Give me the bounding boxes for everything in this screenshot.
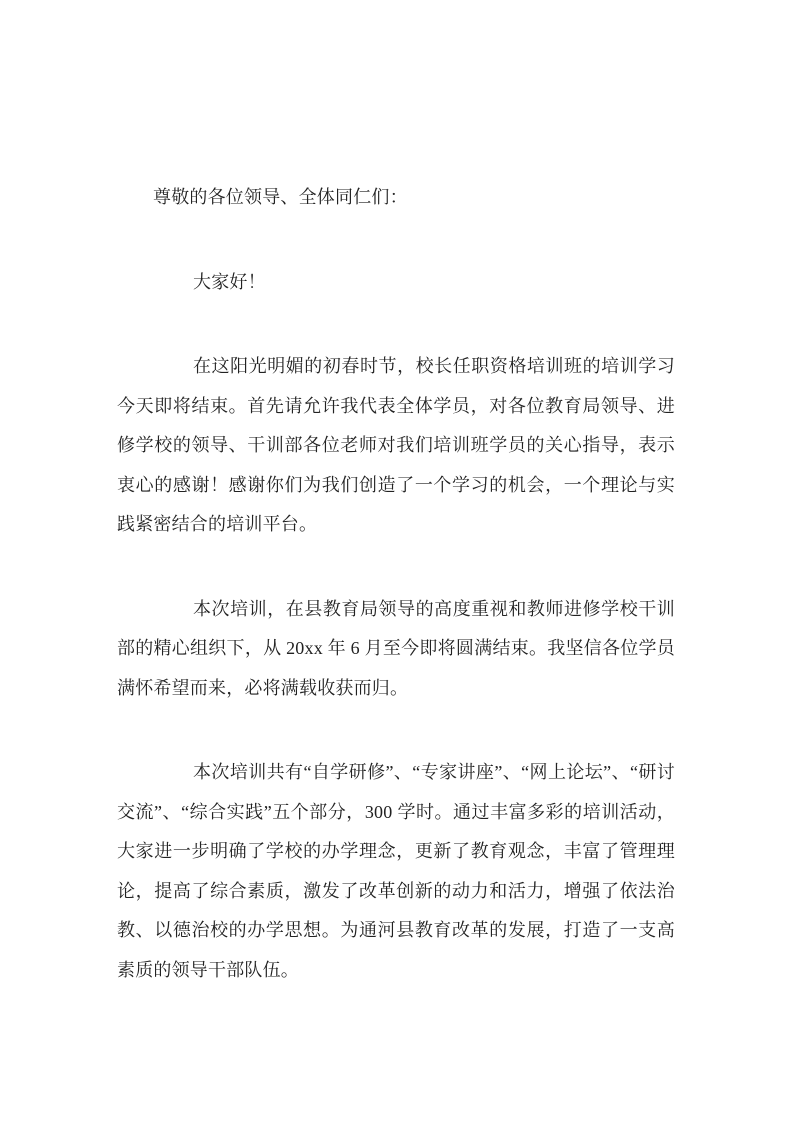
salutation-line: 尊敬的各位领导、全体同仁们：: [117, 178, 675, 218]
document-page: 尊敬的各位领导、全体同仁们： 大家好！ 在这阳光明媚的初春时节，校长任职资格培训…: [0, 0, 793, 1122]
paragraph-training-content: 本次培训共有“自学研修”、“专家讲座”、“网上论坛”、“研讨交流”、“综合实践”…: [117, 753, 675, 990]
greeting-line: 大家好！: [117, 263, 675, 303]
paragraph-training-overview: 本次培训，在县教育局领导的高度重视和教师进修学校干训部的精心组织下，从 20xx…: [117, 590, 675, 709]
paragraph-opening-thanks: 在这阳光明媚的初春时节，校长任职资格培训班的培训学习今天即将结束。首先请允许我代…: [117, 347, 675, 545]
